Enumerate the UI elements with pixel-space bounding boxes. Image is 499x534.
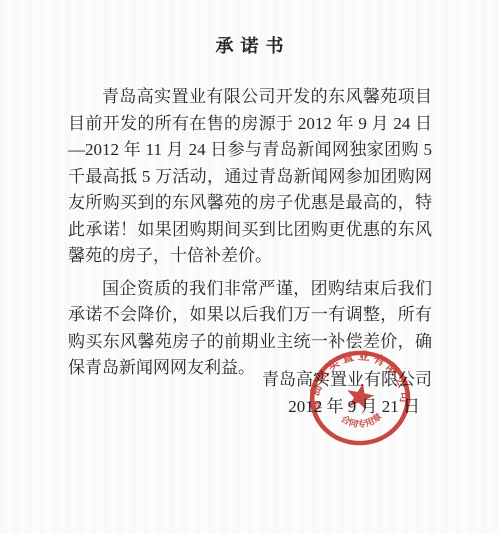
seal-star-icon (344, 381, 377, 411)
seal-ring-text: 青岛高实置业有限公司 (305, 345, 413, 412)
seal-bottom-text: 合同专用章 (339, 410, 385, 430)
paragraph-1: 青岛高实置业有限公司开发的东风馨苑项目目前开发的所有在售的房源于 2012 年 … (68, 84, 432, 270)
letter-body: 青岛高实置业有限公司开发的东风馨苑项目目前开发的所有在售的房源于 2012 年 … (68, 84, 432, 388)
company-seal-stamp: 青岛高实置业有限公司 合同专用章 (305, 345, 416, 450)
document-title: 承诺书 (0, 32, 499, 58)
scanned-letter-page: 承诺书 青岛高实置业有限公司开发的东风馨苑项目目前开发的所有在售的房源于 201… (0, 0, 499, 534)
